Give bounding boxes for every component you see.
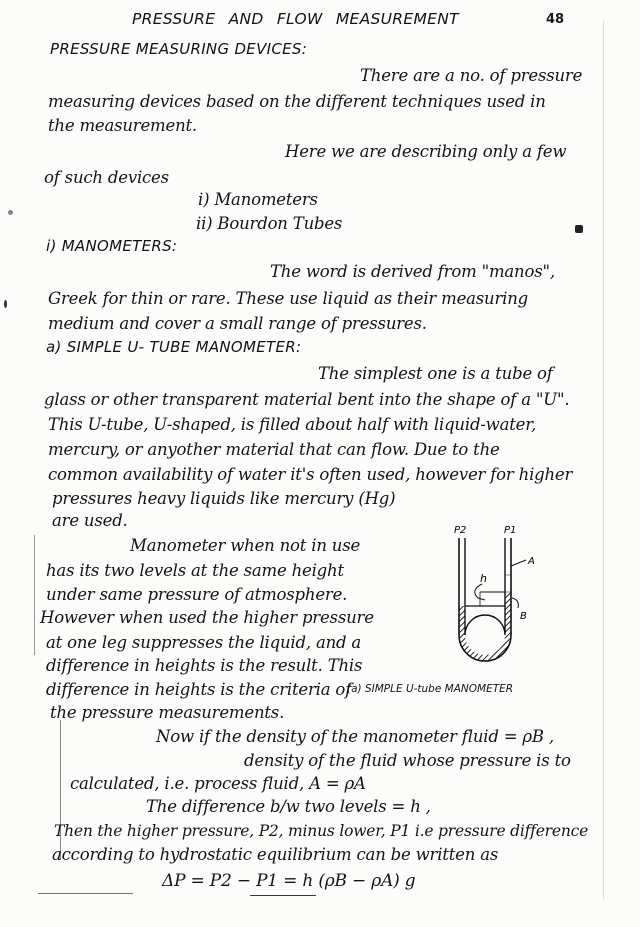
section-heading-utube: a) SIMPLE U- TUBE MANOMETER:: [46, 338, 301, 356]
label-p1: P1: [504, 525, 516, 536]
utube-line: common availability of water it's often …: [48, 465, 572, 484]
density-line: according to hydrostatic equilibrium can…: [52, 845, 498, 864]
usage-line: Manometer when not in use: [130, 536, 360, 555]
label-a: A: [527, 556, 535, 567]
scanned-note-page: PRESSURE AND FLOW MEASUREMENT 48 PRESSUR…: [0, 0, 640, 927]
scan-speck: [575, 225, 583, 233]
figure-caption: (a) SIMPLE U-tube MANOMETER: [347, 683, 513, 695]
usage-line: difference in heights is the result. Thi…: [46, 656, 362, 675]
manometers-line: The word is derived from "manos",: [270, 262, 555, 281]
utube-line: The simplest one is a tube of: [318, 364, 553, 383]
section-heading-manometers: i) MANOMETERS:: [46, 237, 177, 255]
label-h: h: [480, 572, 487, 585]
scan-speck: [8, 210, 13, 215]
page-header-title: PRESSURE AND FLOW MEASUREMENT: [132, 10, 459, 28]
page-number: 48: [546, 12, 564, 27]
intro-line: Here we are describing only a few: [285, 142, 566, 161]
label-b: B: [520, 611, 527, 622]
utube-line: pressures heavy liquids like mercury (Hg…: [52, 489, 395, 508]
manometers-line: Greek for thin or rare. These use liquid…: [48, 289, 528, 308]
right-margin-dots: [603, 20, 604, 900]
margin-scribble-bottom: [38, 893, 133, 894]
usage-line: under same pressure of atmosphere.: [46, 585, 347, 604]
usage-line: at one leg suppresses the liquid, and a: [46, 633, 361, 652]
intro-line: measuring devices based on the different…: [48, 92, 546, 111]
manometers-line: medium and cover a small range of pressu…: [48, 314, 427, 333]
equation-underline: [250, 895, 316, 896]
usage-line: the pressure measurements.: [50, 703, 284, 722]
density-line: calculated, i.e. process fluid, A = ρA: [70, 774, 366, 793]
density-line: Now if the density of the manometer flui…: [156, 727, 554, 746]
density-line: density of the fluid whose pressure is t…: [244, 751, 571, 770]
density-line: Then the higher pressure, P2, minus lowe…: [54, 822, 588, 840]
label-p2: P2: [454, 525, 466, 536]
utube-line: mercury, or anyother material that can f…: [48, 440, 500, 459]
left-margin-scribble: [34, 535, 35, 655]
u-tube-manometer-diagram: P2 P1 h A B: [430, 520, 580, 680]
usage-line: difference in heights is the criteria of: [46, 680, 351, 699]
pressure-equation: ΔP = P2 − P1 = h (ρB − ρA) g: [162, 871, 416, 891]
usage-line: However when used the higher pressure: [40, 608, 374, 627]
intro-line: of such devices: [44, 168, 169, 187]
utube-line: This U-tube, U-shaped, is filled about h…: [48, 415, 536, 434]
intro-line: There are a no. of pressure: [360, 66, 582, 85]
device-list-item: ii) Bourdon Tubes: [196, 214, 342, 233]
device-list-item: i) Manometers: [198, 190, 318, 209]
usage-line: has its two levels at the same height: [46, 561, 344, 580]
density-line: The difference b/w two levels = h ,: [146, 797, 431, 816]
section-heading-devices: PRESSURE MEASURING DEVICES:: [50, 40, 307, 58]
utube-line: glass or other transparent material bent…: [44, 390, 569, 409]
scan-speck: [4, 300, 7, 308]
intro-line: the measurement.: [48, 116, 197, 135]
utube-line: are used.: [52, 511, 128, 530]
